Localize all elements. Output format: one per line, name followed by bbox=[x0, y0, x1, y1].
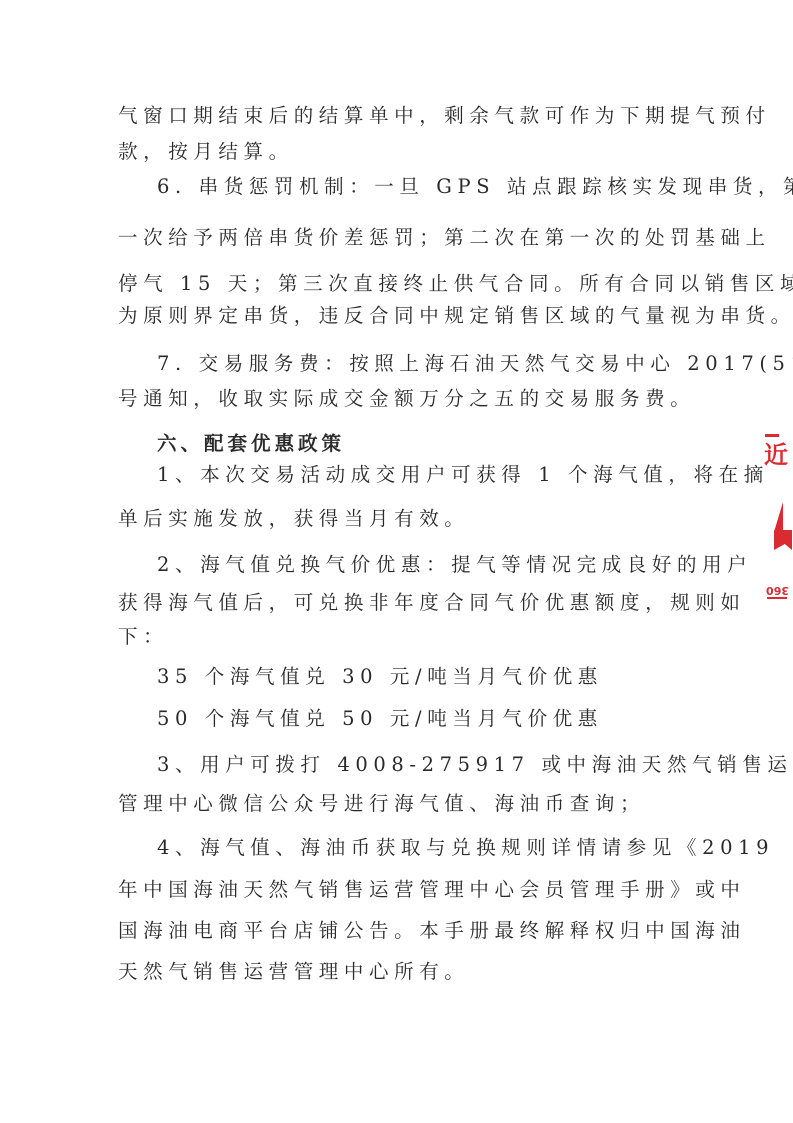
paragraph-line: 获得海气值后，可兑换非年度合同气价优惠额度，规则如 bbox=[118, 590, 746, 616]
paragraph-line: 天然气销售运营管理中心所有。 bbox=[118, 959, 469, 985]
paragraph-line: 款，按月结算。 bbox=[118, 139, 294, 165]
paragraph-line: 管理中心微信公众号进行海气值、海油币查询； bbox=[118, 791, 645, 817]
paragraph-line: 单后实施发放，获得当月有效。 bbox=[118, 506, 469, 532]
paragraph-line: 为原则界定串货，违反合同中规定销售区域的气量视为串货。 bbox=[118, 303, 793, 329]
paragraph-line: 年中国海油天然气销售运营管理中心会员管理手册》或中 bbox=[118, 877, 746, 903]
section-heading: 六、配套优惠政策 bbox=[157, 431, 345, 457]
paragraph-line: 6. 串货惩罚机制：一旦 GPS 站点跟踪核实发现串货，第 bbox=[157, 174, 793, 200]
seal-number-bar bbox=[767, 597, 787, 599]
document-page: 气窗口期结束后的结算单中，剩余气款可作为下期提气预付款，按月结算。6. 串货惩罚… bbox=[0, 0, 793, 1123]
seal-star-icon bbox=[774, 502, 783, 532]
paragraph-line: 2、海气值兑换气价优惠：提气等情况完成良好的用户 bbox=[157, 552, 752, 578]
paragraph-line: 4、海气值、海油币获取与兑换规则详情请参见《2019 bbox=[157, 835, 774, 861]
paragraph-line: 35 个海气值兑 30 元/吨当月气价优惠 bbox=[157, 664, 603, 690]
paragraph-line: 一次给予两倍串货价差惩罚；第二次在第一次的处罚基础上 bbox=[118, 225, 771, 251]
seal-number: 360 bbox=[766, 584, 789, 597]
seal-character: 近 bbox=[764, 440, 790, 470]
paragraph-line: 号通知，收取实际成交金额万分之五的交易服务费。 bbox=[118, 386, 695, 412]
red-seal-fragment: 近 360 bbox=[764, 432, 792, 602]
paragraph-line: 气窗口期结束后的结算单中，剩余气款可作为下期提气预付 bbox=[118, 103, 771, 129]
paragraph-line: 1、本次交易活动成交用户可获得 1 个海气值，将在摘 bbox=[157, 462, 769, 488]
paragraph-line: 国海油电商平台店铺公告。本手册最终解释权归中国海油 bbox=[118, 918, 746, 944]
seal-star-base bbox=[774, 530, 792, 550]
paragraph-line: 下： bbox=[118, 624, 168, 650]
paragraph-line: 停气 15 天；第三次直接终止供气合同。所有合同以销售区域 bbox=[118, 271, 793, 297]
paragraph-line: 50 个海气值兑 50 元/吨当月气价优惠 bbox=[157, 706, 603, 732]
seal-bar bbox=[765, 434, 779, 437]
paragraph-line: 7. 交易服务费：按照上海石油天然气交易中心 2017(51) bbox=[157, 351, 793, 377]
paragraph-line: 3、用户可拨打 4008-275917 或中海油天然气销售运营 bbox=[157, 752, 793, 778]
